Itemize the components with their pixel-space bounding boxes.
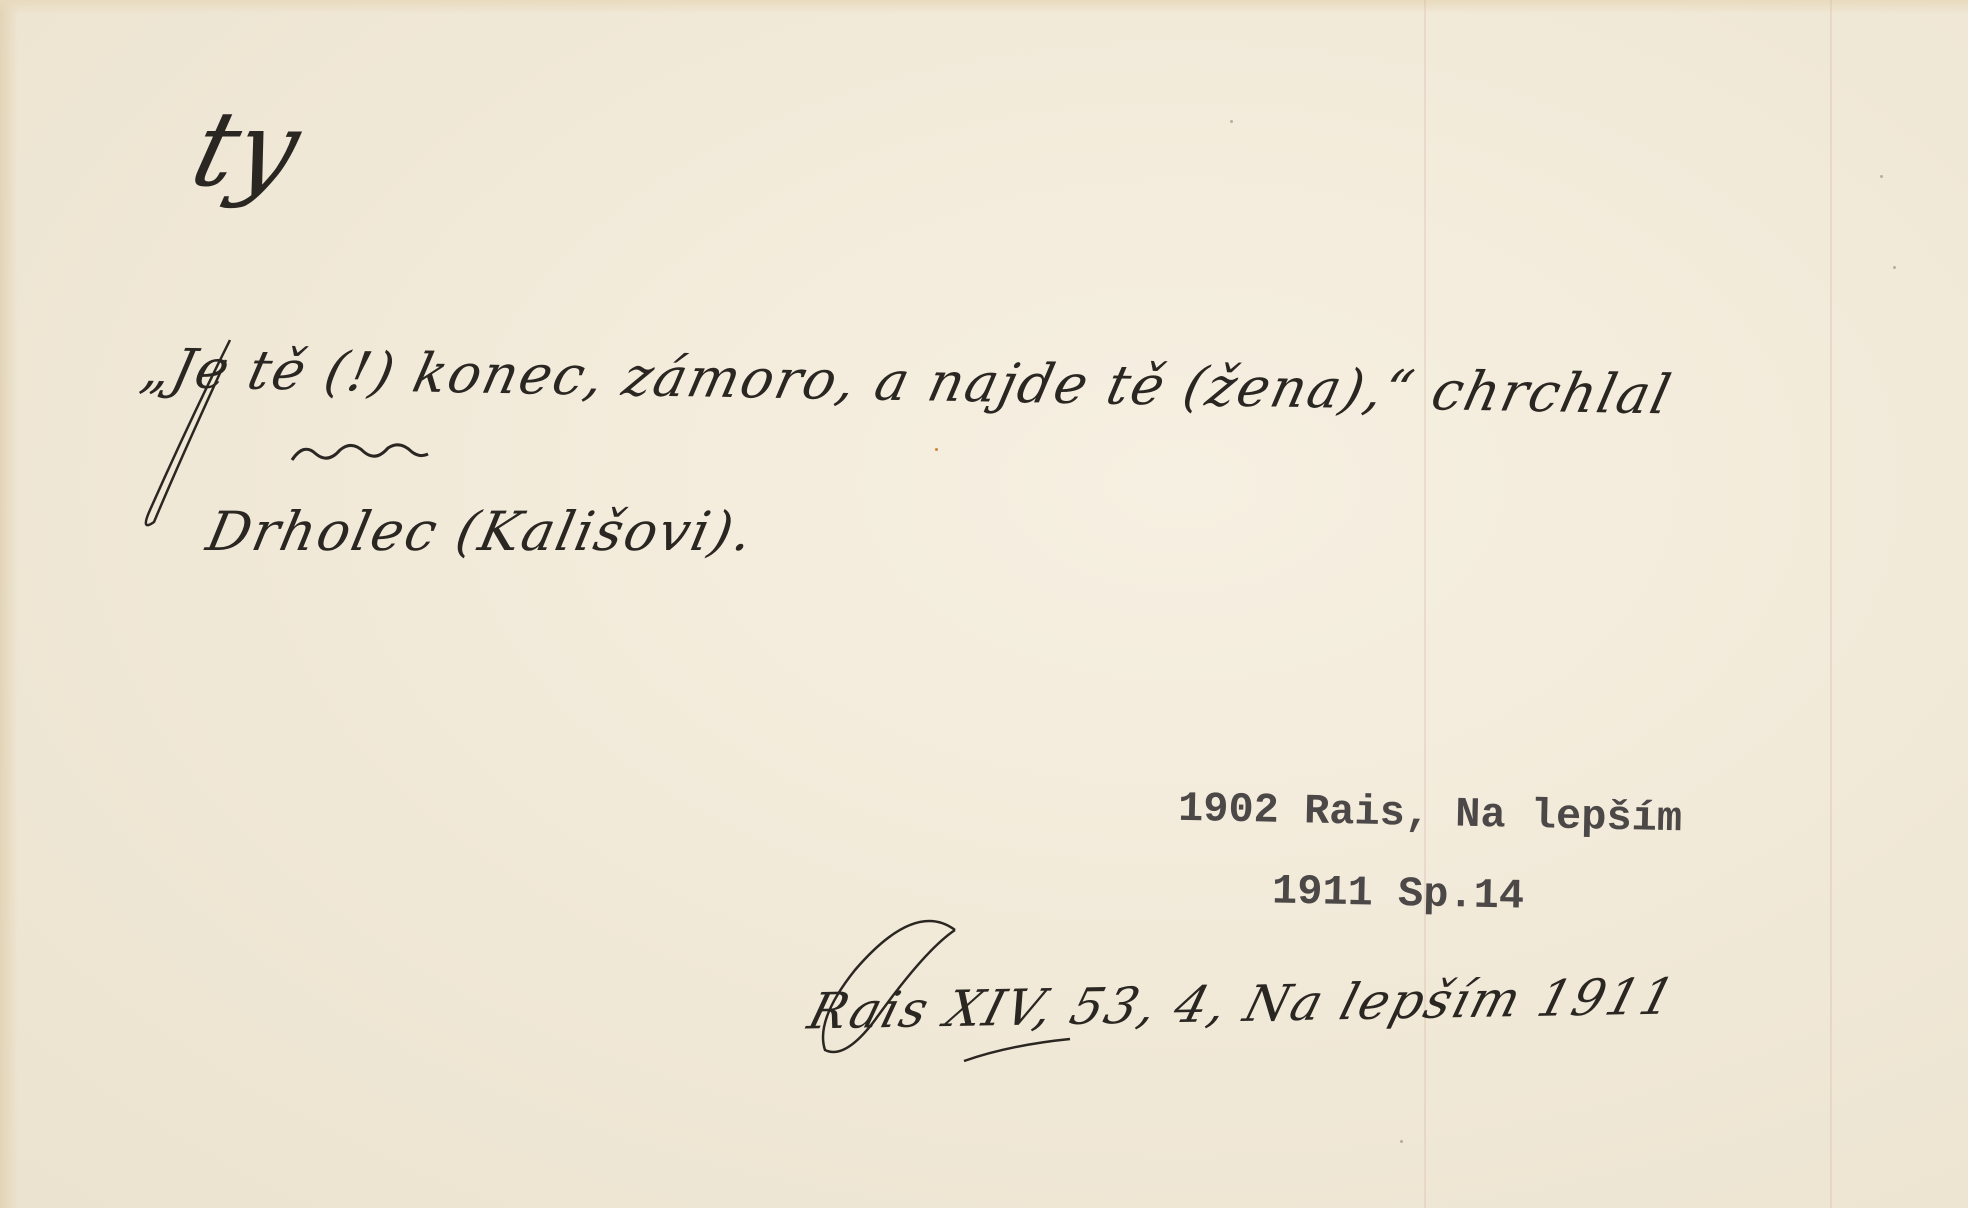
paper-speck bbox=[935, 448, 938, 451]
card-top-edge bbox=[0, 0, 1968, 14]
quote-flourish-stroke bbox=[130, 300, 250, 540]
paper-speck bbox=[1230, 120, 1233, 123]
paper-speck bbox=[1400, 1140, 1403, 1143]
wavy-underline-mark bbox=[290, 440, 430, 466]
quotation-line-1: „Je tě (!) konec, zámoro, a najde tě (že… bbox=[136, 337, 1678, 427]
stamp-line-1: 1902 Rais, Na lepším bbox=[1178, 785, 1683, 844]
paper-crease-line bbox=[1830, 0, 1832, 1208]
paper-speck bbox=[1880, 175, 1883, 178]
source-underline-stroke bbox=[960, 1035, 1080, 1065]
excerpt-card: ty „Je tě (!) konec, zámoro, a najde tě … bbox=[0, 0, 1968, 1208]
quotation-line-2: Drholec (Kališovi). bbox=[201, 500, 760, 563]
paper-speck bbox=[1893, 266, 1896, 269]
card-left-edge bbox=[0, 0, 18, 1208]
headword: ty bbox=[181, 88, 312, 210]
stamp-line-2: 1911 Sp.14 bbox=[1272, 867, 1525, 920]
